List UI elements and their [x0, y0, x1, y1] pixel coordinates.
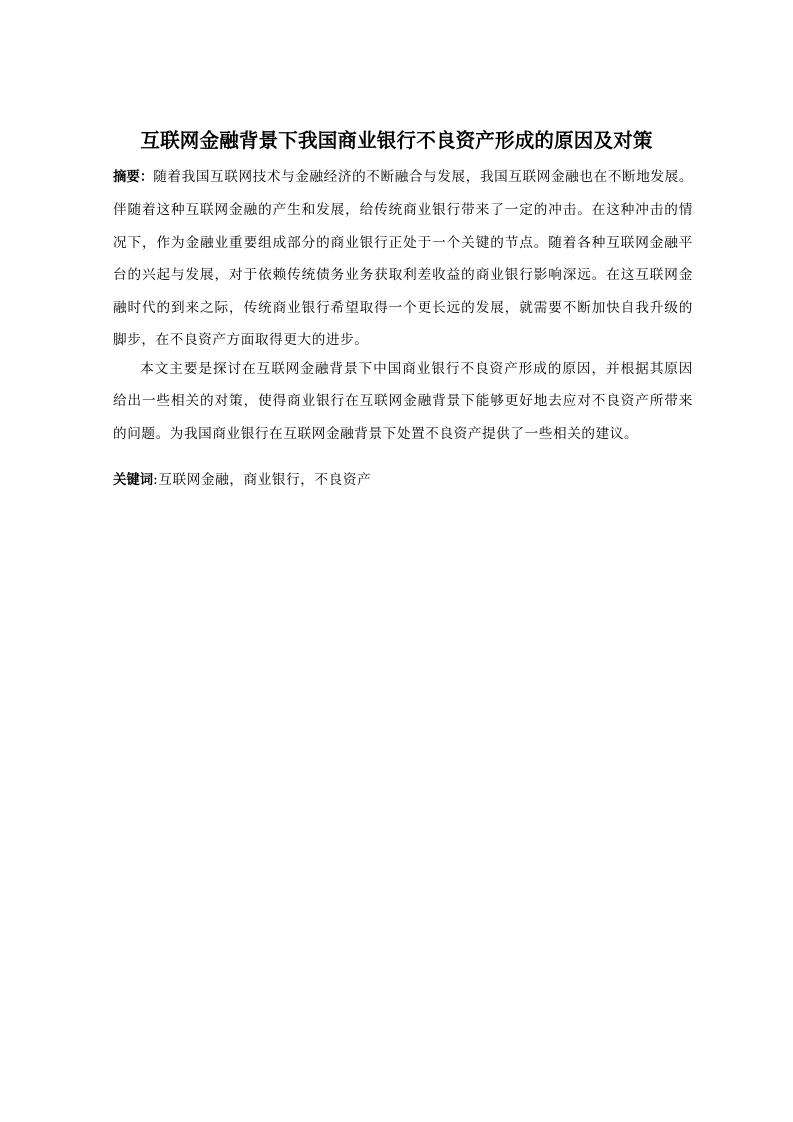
keywords-line: 关键词:互联网金融，商业银行，不良资产	[113, 464, 693, 497]
keywords-text: 互联网金融，商业银行，不良资产	[158, 472, 371, 488]
keywords-label: 关键词	[113, 473, 153, 488]
abstract-label: 摘要	[113, 170, 140, 185]
abstract-second-paragraph: 本文主要是探讨在互联网金融背景下中国商业银行不良资产形成的原因，并根据其原因给出…	[113, 353, 693, 450]
abstract-label-separator: ：	[140, 170, 153, 185]
abstract-paragraph: 摘要：随着我国互联网技术与金融经济的不断融合与发展，我国互联网金融也在不断地发展…	[113, 161, 693, 356]
abstract-text: 随着我国互联网技术与金融经济的不断融合与发展，我国互联网金融也在不断地发展。伴随…	[113, 169, 693, 348]
document-title: 互联网金融背景下我国商业银行不良资产形成的原因及对策	[0, 127, 793, 155]
document-page: 互联网金融背景下我国商业银行不良资产形成的原因及对策 摘要：随着我国互联网技术与…	[0, 0, 793, 1122]
